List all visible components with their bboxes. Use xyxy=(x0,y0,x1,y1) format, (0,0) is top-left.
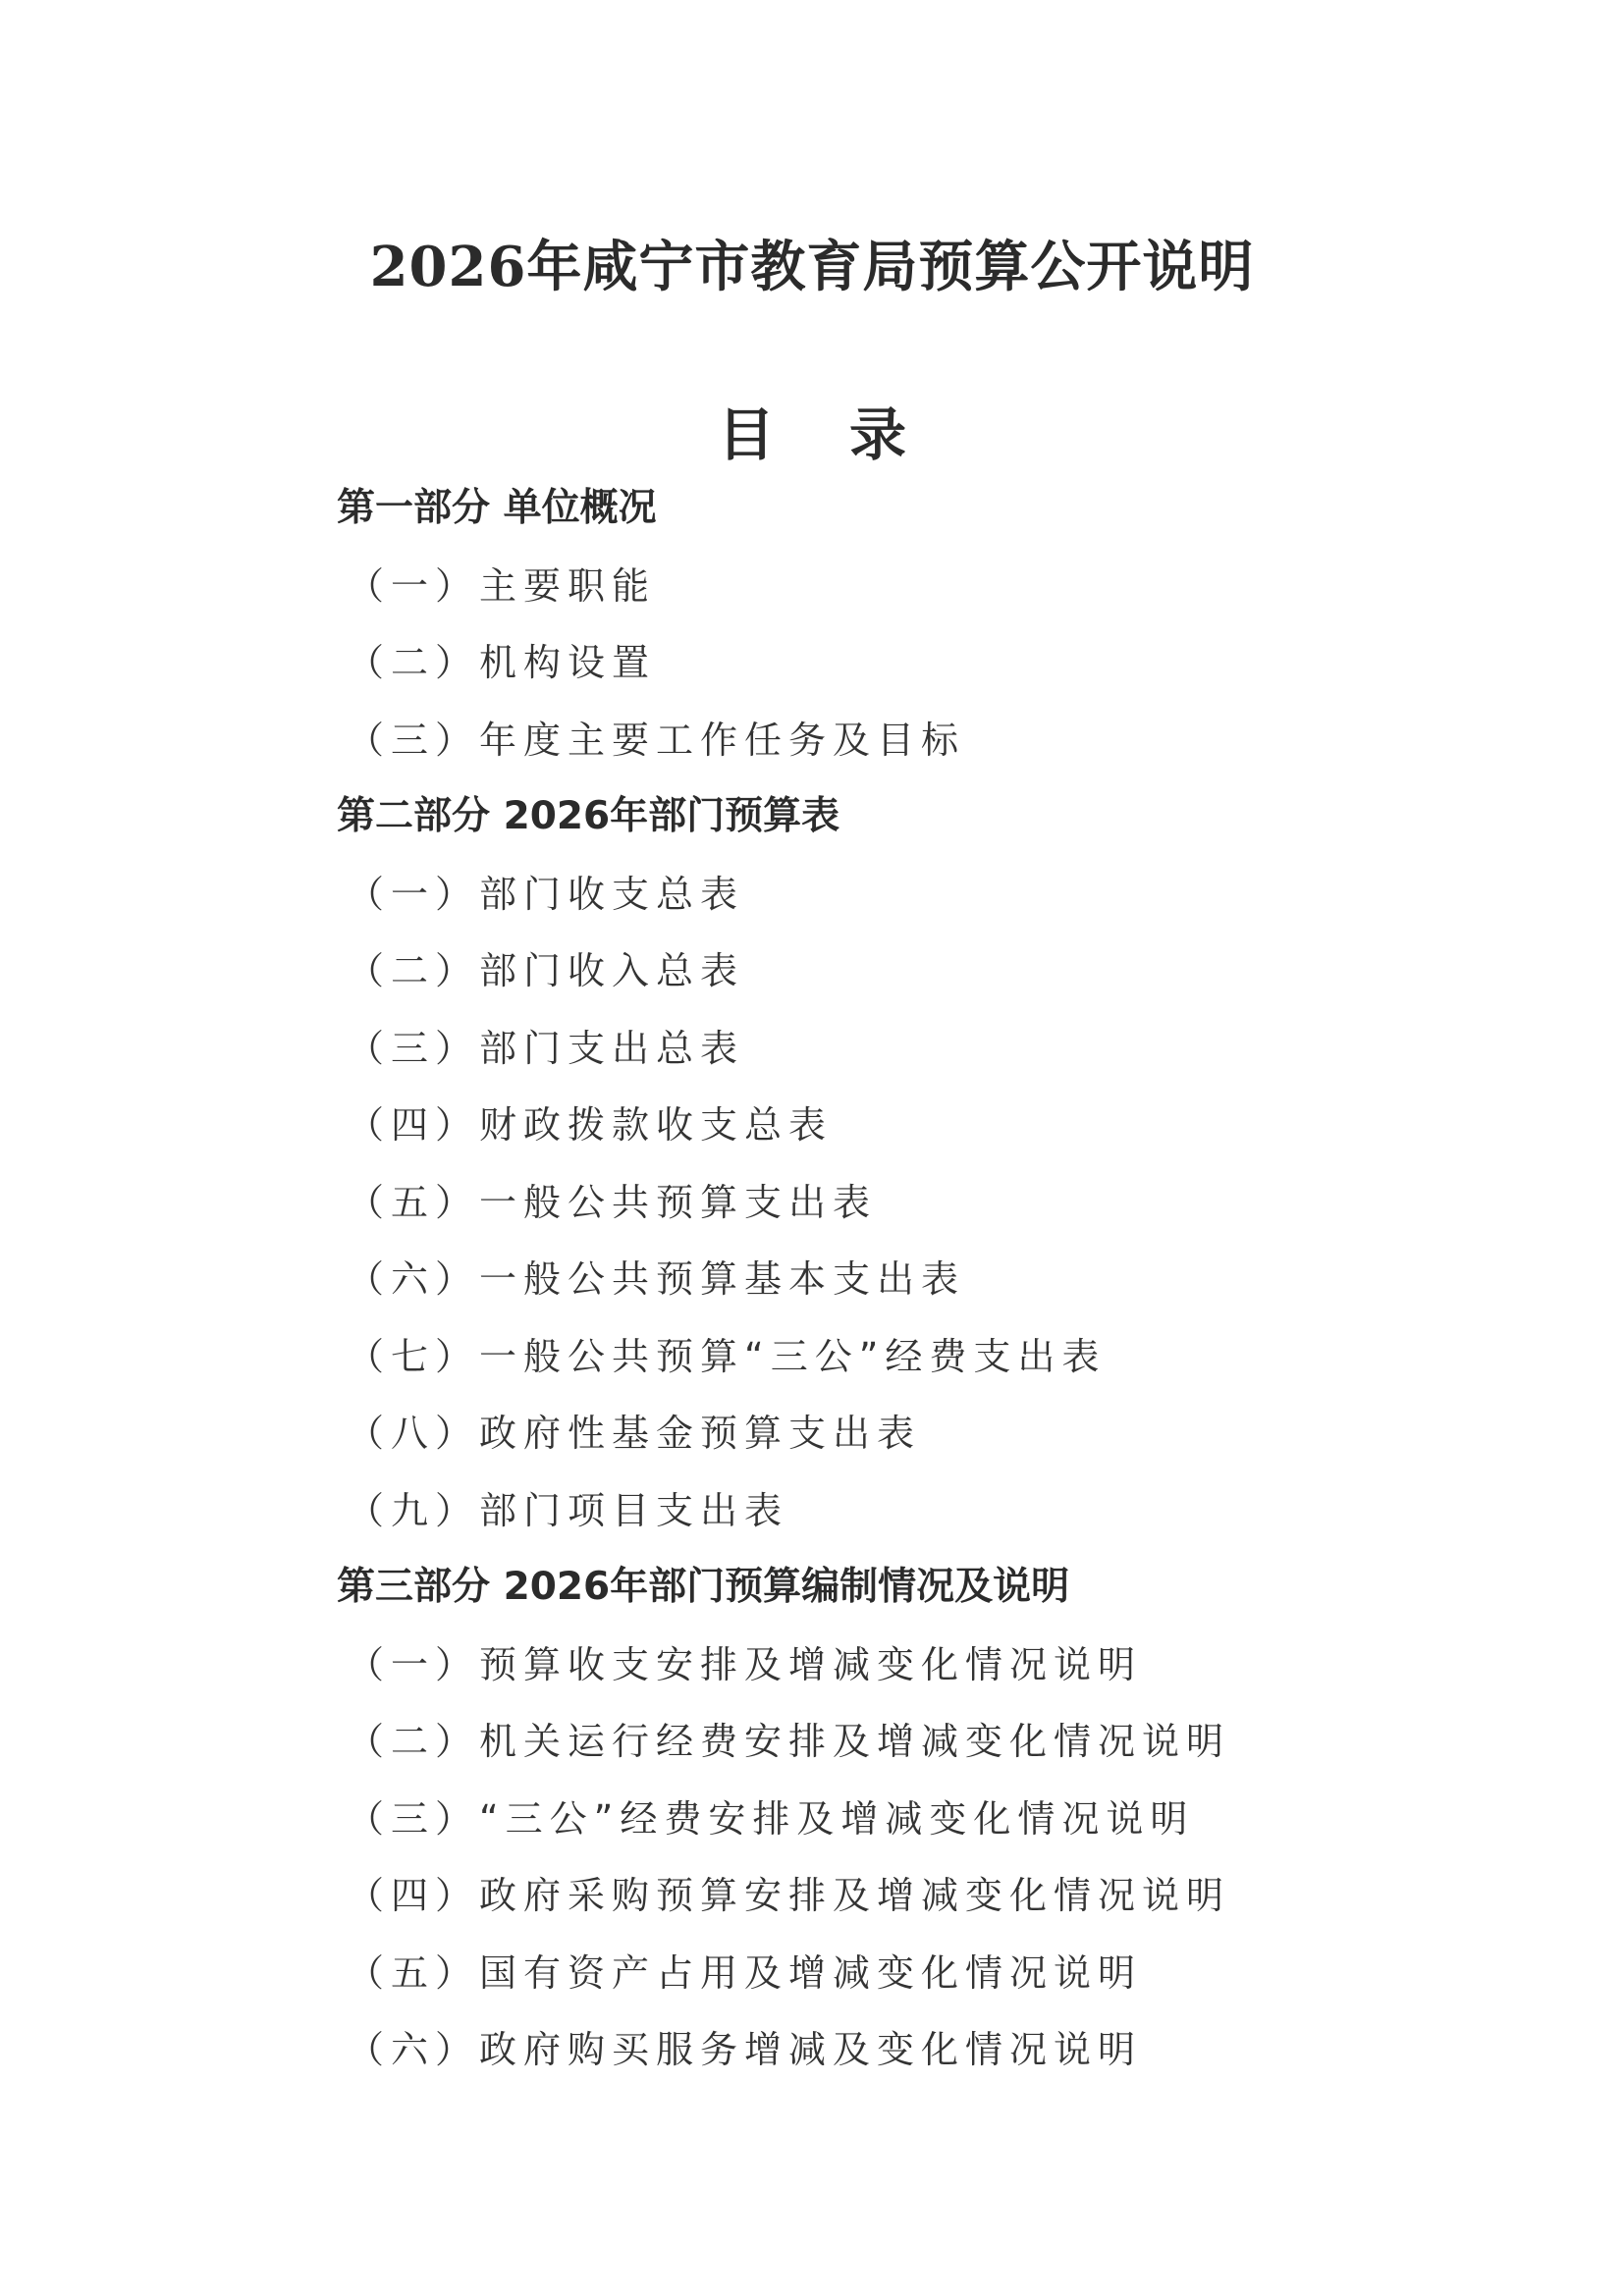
toc-item[interactable]: （六）政府购买服务增减及变化情况说明 xyxy=(337,2020,1515,2098)
toc-part-3[interactable]: 第三部分 2026年部门预算编制情况及说明 xyxy=(337,1558,1515,1635)
toc-item[interactable]: （一）主要职能 xyxy=(337,557,1515,634)
document-page: 2026年咸宁市教育局预算公开说明 目录 第一部分 单位概况 （一）主要职能 （… xyxy=(0,0,1624,2296)
toc-item[interactable]: （三）年度主要工作任务及目标 xyxy=(337,711,1515,788)
toc-item[interactable]: （三）部门支出总表 xyxy=(337,1019,1515,1096)
document-title: 2026年咸宁市教育局预算公开说明 xyxy=(0,224,1624,302)
toc-item[interactable]: （二）机关运行经费安排及增减变化情况说明 xyxy=(337,1712,1515,1789)
toc-heading-char-2: 录 xyxy=(849,389,906,471)
toc-heading: 目录 xyxy=(0,389,1624,471)
toc-item[interactable]: （一）部门收支总表 xyxy=(337,865,1515,942)
toc-heading-char-1: 目 xyxy=(718,389,775,471)
toc-item[interactable]: （五）一般公共预算支出表 xyxy=(337,1173,1515,1251)
toc-item[interactable]: （三）“三公”经费安排及增减变化情况说明 xyxy=(337,1789,1515,1867)
toc-item[interactable]: （五）国有资产占用及增减变化情况说明 xyxy=(337,1944,1515,2021)
toc-item[interactable]: （一）预算收支安排及增减变化情况说明 xyxy=(337,1635,1515,1713)
toc-item[interactable]: （四）财政拨款收支总表 xyxy=(337,1095,1515,1173)
toc-item[interactable]: （七）一般公共预算“三公”经费支出表 xyxy=(337,1327,1515,1405)
toc-item[interactable]: （六）一般公共预算基本支出表 xyxy=(337,1250,1515,1327)
toc-item[interactable]: （二）部门收入总表 xyxy=(337,941,1515,1019)
toc-item[interactable]: （二）机构设置 xyxy=(337,633,1515,711)
toc-part-1[interactable]: 第一部分 单位概况 xyxy=(337,479,1515,557)
toc-item[interactable]: （八）政府性基金预算支出表 xyxy=(337,1404,1515,1481)
table-of-contents: 第一部分 单位概况 （一）主要职能 （二）机构设置 （三）年度主要工作任务及目标… xyxy=(337,479,1515,2098)
toc-item[interactable]: （九）部门项目支出表 xyxy=(337,1481,1515,1559)
toc-item[interactable]: （四）政府采购预算安排及增减变化情况说明 xyxy=(337,1866,1515,1944)
toc-part-2[interactable]: 第二部分 2026年部门预算表 xyxy=(337,787,1515,865)
